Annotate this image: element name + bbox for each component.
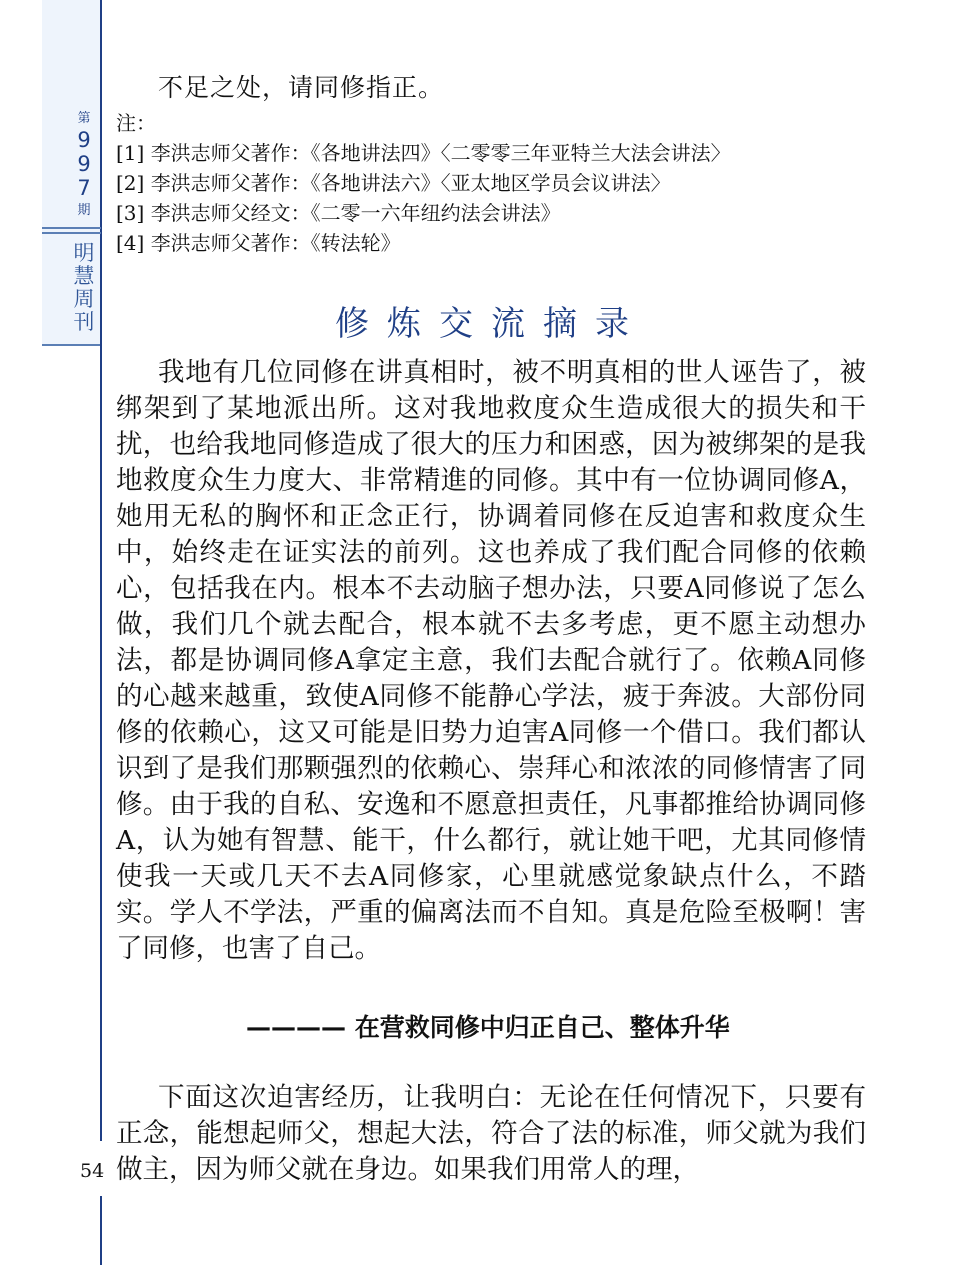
margin-rule-top — [100, 0, 102, 1141]
notes-label: 注： — [116, 108, 731, 138]
margin-rule-bottom — [100, 1196, 102, 1265]
closing-line: 不足之处，请同修指正。 — [158, 68, 444, 104]
body-paragraph: 我地有几位同修在讲真相时，被不明真相的世人诬告了，被绑架到了某地派出所。这对我地… — [116, 355, 866, 967]
issue-digit: 9 — [70, 152, 98, 176]
issue-prefix: 第 — [70, 110, 98, 128]
note-item: [3] 李洪志师父经文：《二零一六年纽约法会讲法》 — [116, 198, 731, 228]
sidebar-bottom-divider — [42, 344, 101, 346]
issue-digit: 7 — [70, 176, 98, 200]
section-title: 修炼交流摘录 — [116, 296, 866, 345]
note-item: [4] 李洪志师父著作：《转法轮》 — [116, 228, 731, 258]
issue-suffix: 期 — [70, 202, 98, 220]
page-number: 54 — [80, 1160, 104, 1182]
magazine-name-char: 慧 — [70, 265, 98, 288]
issue-digit: 9 — [70, 128, 98, 152]
magazine-name-char: 明 — [70, 242, 98, 265]
notes-list: 注： [1] 李洪志师父著作：《各地讲法四》〈二零零三年亚特兰大法会讲法〉 [2… — [116, 108, 731, 258]
sidebar-divider — [42, 232, 101, 234]
issue-number: 第 9 9 7 期 — [70, 110, 98, 220]
magazine-name: 明 慧 周 刊 — [70, 242, 98, 334]
magazine-name-char: 刊 — [70, 311, 98, 334]
note-item: [2] 李洪志师父著作：《各地讲法六》〈亚太地区学员会议讲法〉 — [116, 168, 731, 198]
magazine-name-char: 周 — [70, 288, 98, 311]
sidebar-divider — [42, 227, 101, 229]
note-item: [1] 李洪志师父著作：《各地讲法四》〈二零零三年亚特兰大法会讲法〉 — [116, 138, 731, 168]
body-paragraph: 下面这次迫害经历，让我明白：无论在任何情况下，只要有正念，能想起师父，想起大法，… — [116, 1080, 866, 1188]
article-byline: ———— 在营救同修中归正自己、整体升华 — [246, 1008, 730, 1044]
